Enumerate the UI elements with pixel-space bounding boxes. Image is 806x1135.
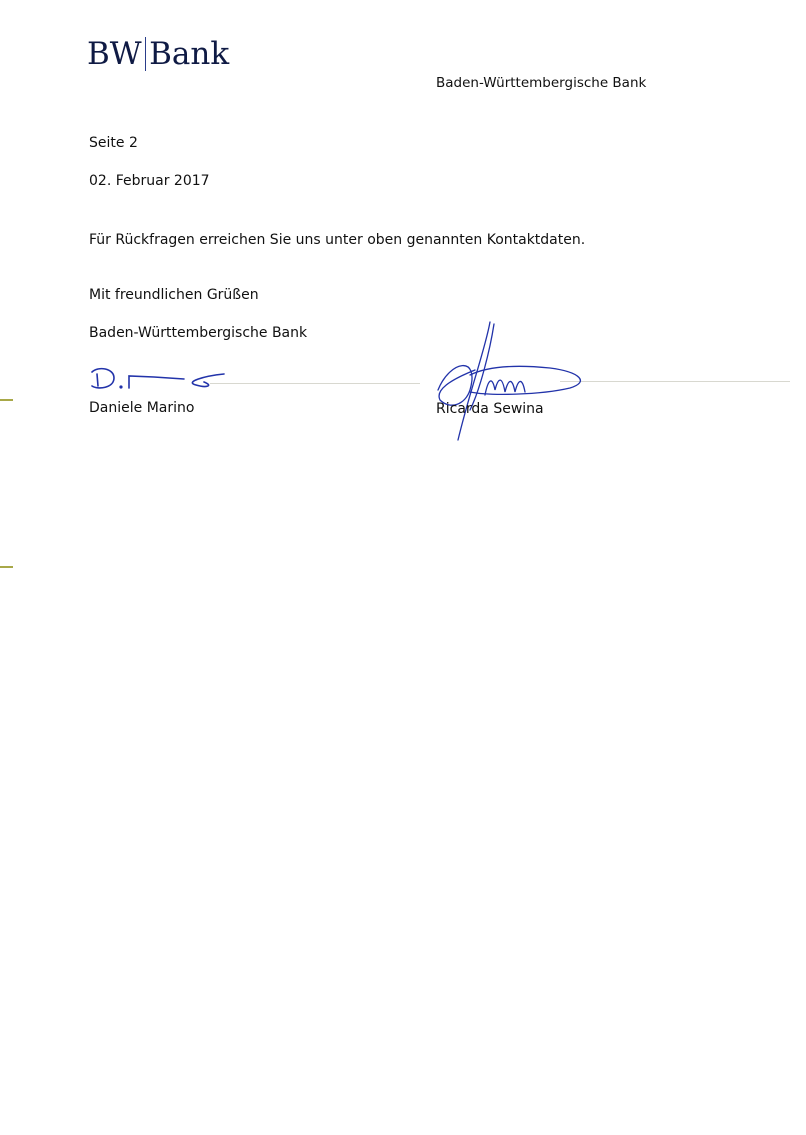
bw-bank-logo: BW Bank [87, 36, 229, 72]
letter-date: 02. Februar 2017 [89, 173, 210, 189]
logo-bw: BW [87, 36, 142, 72]
logo-divider [145, 37, 147, 71]
company-name: Baden-Württembergische Bank [89, 325, 307, 341]
signature-line-right [560, 381, 790, 382]
signature-marino [84, 360, 234, 395]
signature-line-left [210, 383, 420, 384]
closing-greeting: Mit freundlichen Grüßen [89, 287, 259, 303]
fold-mark-top [0, 399, 13, 401]
punch-mark [0, 566, 13, 568]
bank-name-header: Baden-Württembergische Bank [436, 75, 646, 91]
letter-body: Für Rückfragen erreichen Sie uns unter o… [89, 232, 585, 248]
signatory-name-1: Daniele Marino [89, 400, 194, 416]
logo-bank: Bank [149, 36, 229, 72]
page-number: Seite 2 [89, 135, 138, 151]
signatory-name-2: Ricarda Sewina [436, 401, 544, 417]
signature-sewina [430, 320, 590, 445]
